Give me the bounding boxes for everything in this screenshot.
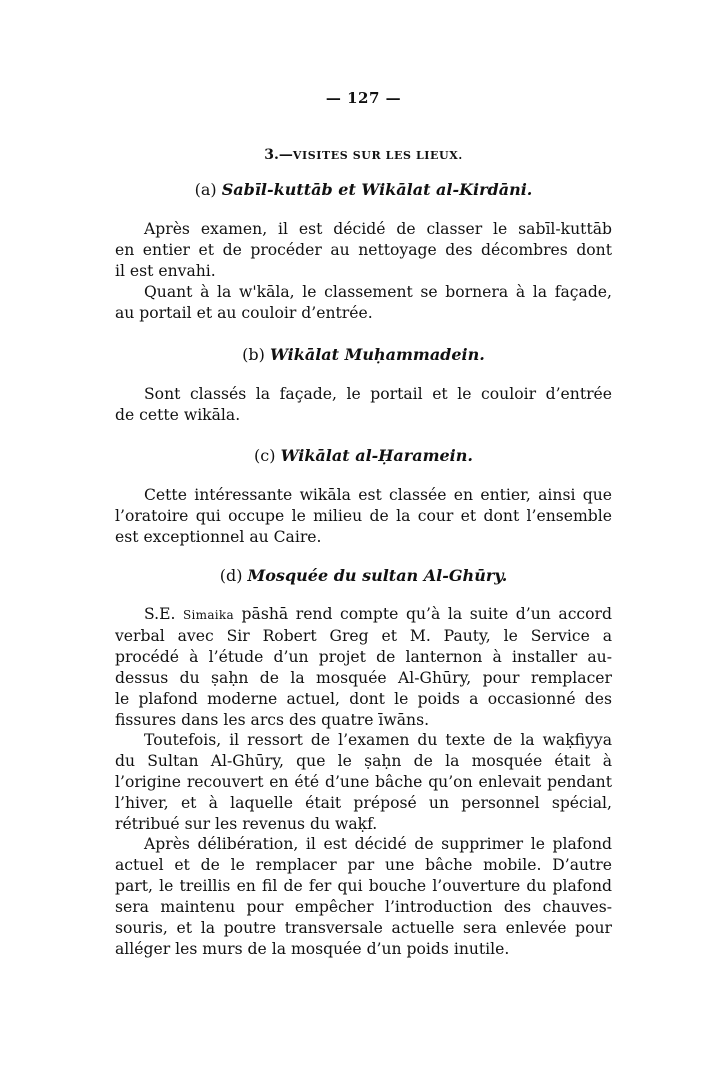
honorific: S.E.: [144, 605, 183, 623]
text-line: Après délibération, il est décidé de sup…: [115, 834, 612, 855]
subsection-label: (c): [254, 446, 275, 465]
text-line: l’hiver, et à laquelle était préposé un …: [115, 793, 612, 814]
subsection-heading-b: (b) Wikālat Muḥammadein.: [115, 345, 612, 365]
text-line: sera maintenu pour empêcher l’introducti…: [115, 897, 612, 918]
paragraph: Après examen, il est décidé de classer l…: [115, 219, 612, 282]
text-line: souris, et la poutre transversale actuel…: [115, 918, 612, 939]
text-line: part, le treillis en fil de fer qui bouc…: [115, 876, 612, 897]
line-rest: pāshā rend compte qu’à la suite d’un acc…: [234, 605, 612, 623]
subsection-heading-d: (d) Mosquée du sultan Al-Ghūry.: [115, 566, 612, 586]
text-line: il est envahi.: [115, 261, 612, 282]
text-line: alléger les murs de la mosquée d’un poid…: [115, 939, 612, 960]
subsection-name: Wikālat al-Ḥaramein.: [281, 446, 473, 465]
text-line: Quant à la w'kāla, le classement se born…: [115, 282, 612, 303]
paragraph: S.E. Simaika pāshā rend compte qu’à la s…: [115, 604, 612, 730]
text-line: l’origine recouvert en été d’une bâche q…: [115, 772, 612, 793]
subsection-name: Sabīl-kuttāb et Wikālat al-Kirdāni.: [222, 180, 533, 199]
text-line: rétribué sur les revenus du waḳf.: [115, 814, 612, 835]
text-line: Sont classés la façade, le portail et le…: [115, 384, 612, 405]
text-line: Après examen, il est décidé de classer l…: [115, 219, 612, 240]
paragraph: Sont classés la façade, le portail et le…: [115, 384, 612, 426]
section-title-text: Visites sur les lieux.: [293, 149, 463, 162]
text-line: en entier et de procéder au nettoyage de…: [115, 240, 612, 261]
text-line: l’oratoire qui occupe le milieu de la co…: [115, 506, 612, 527]
text-line: au portail et au couloir d’entrée.: [115, 303, 612, 324]
text-line: S.E. Simaika pāshā rend compte qu’à la s…: [115, 604, 612, 626]
paragraph: Cette intéressante wikāla est classée en…: [115, 485, 612, 548]
text-line: Toutefois, il ressort de l’examen du tex…: [115, 730, 612, 751]
text-line: verbal avec Sir Robert Greg et M. Pauty,…: [115, 626, 612, 647]
page-number: — 127 —: [115, 89, 612, 107]
person-name-smallcaps: Simaika: [183, 608, 234, 622]
text-line: fissures dans les arcs des quatre īwāns.: [115, 710, 612, 731]
text-line: de cette wikāla.: [115, 405, 612, 426]
subsection-name: Mosquée du sultan Al-Ghūry.: [248, 566, 508, 585]
text-line: procédé à l’étude d’un projet de lantern…: [115, 647, 612, 668]
subsection-label: (d): [220, 566, 243, 585]
text-line: du Sultan Al-Ghūry, que le ṣaḥn de la mo…: [115, 751, 612, 772]
text-line: est exceptionnel au Caire.: [115, 527, 612, 548]
section-number: 3.—: [264, 147, 293, 163]
text-line: le plafond moderne actuel, dont le poids…: [115, 689, 612, 710]
paragraph: Quant à la w'kāla, le classement se born…: [115, 282, 612, 324]
section-heading: 3.—Visites sur les lieux.: [115, 147, 612, 163]
subsection-label: (a): [195, 180, 217, 199]
subsection-heading-a: (a) Sabīl-kuttāb et Wikālat al-Kirdāni.: [115, 180, 612, 200]
text-line: actuel et de le remplacer par une bâche …: [115, 855, 612, 876]
subsection-label: (b): [242, 345, 265, 364]
paragraph: Après délibération, il est décidé de sup…: [115, 834, 612, 959]
subsection-name: Wikālat Muḥammadein.: [270, 345, 485, 364]
paragraph: Toutefois, il ressort de l’examen du tex…: [115, 730, 612, 835]
text-line: dessus du ṣaḥn de la mosquée Al-Ghūry, p…: [115, 668, 612, 689]
text-line: Cette intéressante wikāla est classée en…: [115, 485, 612, 506]
subsection-heading-c: (c) Wikālat al-Ḥaramein.: [115, 446, 612, 466]
